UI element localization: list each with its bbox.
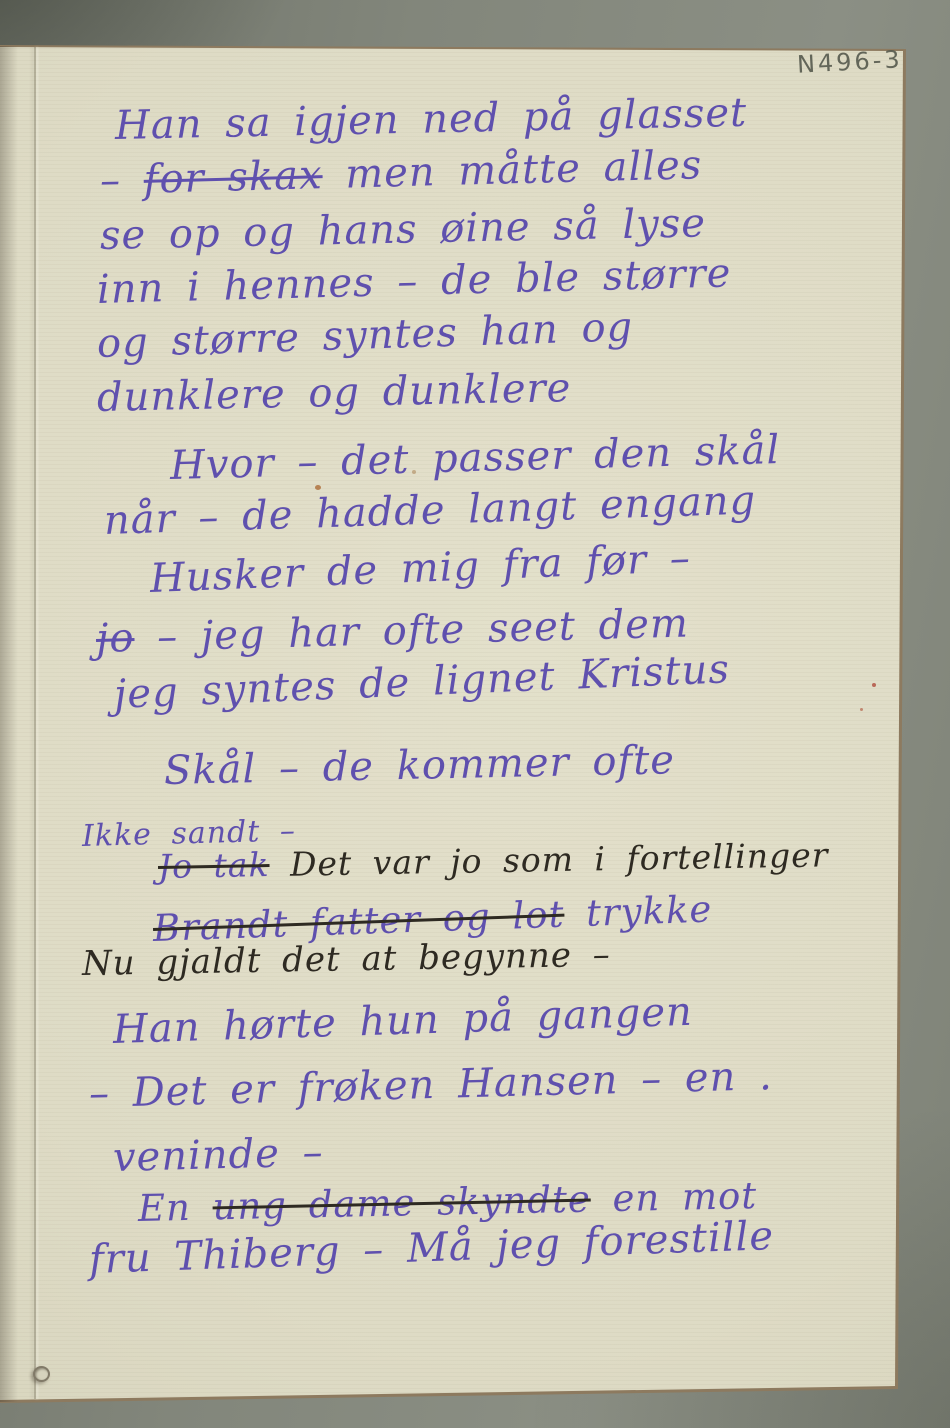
handwritten-text: – <box>99 157 144 204</box>
handwritten-text: En <box>138 1185 213 1230</box>
foxing-spot <box>860 708 863 711</box>
binding-hole <box>33 1366 50 1382</box>
handwritten-text: for skax <box>143 152 323 203</box>
handwritten-text: Jo tak <box>158 845 270 886</box>
handwritten-text: veninde – <box>112 1129 324 1180</box>
manuscript-line: dunklere og dunklere <box>97 368 572 418</box>
manuscript-line: veninde – <box>112 1132 324 1177</box>
manuscript-line: se op og hans øine så lyse <box>100 203 707 256</box>
catalog-number: N496-3 <box>796 45 903 78</box>
manuscript-line: Skål – de kommer ofte <box>164 740 676 791</box>
manuscript-line: Nu gjaldt det at begynne – <box>82 938 611 981</box>
handwritten-text: trykke <box>564 887 713 935</box>
photograph-background: N496-3 Han sa igjen ned på glasset– for … <box>0 0 950 1428</box>
handwritten-text: jo <box>95 615 135 662</box>
foxing-spot <box>315 485 321 490</box>
fold-crease <box>34 47 36 1399</box>
foxing-spot <box>872 683 876 687</box>
binding-shadow <box>0 46 18 1402</box>
